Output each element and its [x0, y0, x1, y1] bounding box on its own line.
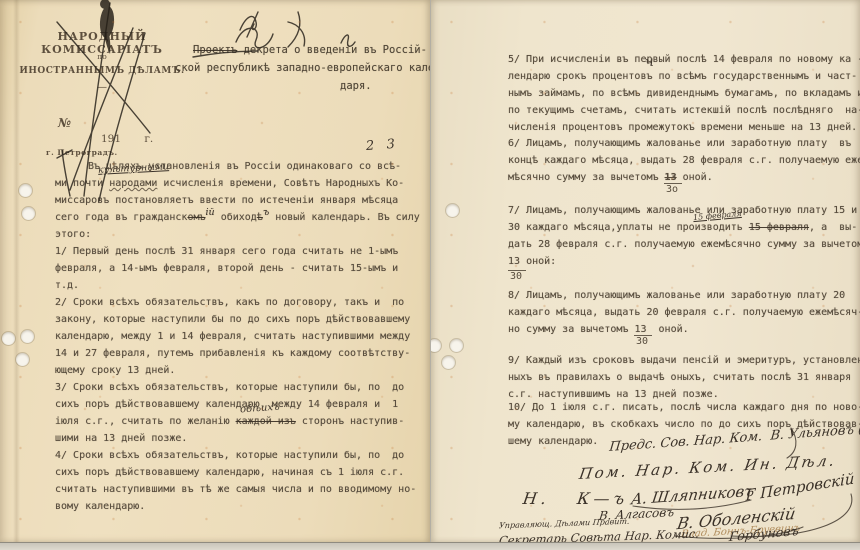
text-segment: оной.: [677, 172, 713, 183]
text-line: 14 и 27 февраля, путемъ прибавленія къ к…: [55, 345, 427, 362]
text-line: Въ цѣляхъ установленія въ Россіи одинако…: [55, 158, 427, 175]
punch-hole: [2, 332, 15, 345]
text-segment: оной.: [646, 324, 688, 335]
text-line: 8/ Лицамъ, получающимъ жалованье или зар…: [508, 287, 860, 304]
text-line: сихъ поръ дѣйствовавшему календарю, начи…: [55, 464, 427, 481]
text-line: ныхъ въ правилахъ о выдачѣ оныхъ, считат…: [508, 369, 860, 386]
text-line: 4/ Сроки всѣхъ обязательствъ, которые на…: [55, 447, 427, 464]
signature-nk: Н. К—ъ: [522, 489, 630, 508]
title-scribble: [288, 12, 300, 47]
text-line: сихъ поръ дѣйствовавшему календарю, межд…: [55, 396, 427, 413]
pen-scribble: [247, 12, 258, 37]
fraction-denominator: 3о: [664, 183, 682, 195]
signature-petrovsky: Г Петровскій: [746, 469, 855, 504]
text-line: 30 каждаго мѣсяца,уплаты не производить …: [508, 219, 860, 236]
text-line: ющему сроку 13 дней.: [55, 362, 427, 379]
item-9: 9/ Каждый изъ сроковъ выдачи пенсій и эм…: [508, 352, 860, 403]
text-line: вому календарю.: [55, 498, 427, 515]
signature-shlyapnikov: А. Шляпниковъ: [630, 482, 756, 509]
text-segment: сего года въ гражданск: [55, 212, 187, 223]
item-4: 4/ Сроки всѣхъ обязательствъ, которые на…: [55, 447, 427, 515]
text-line: 1/ Первый день послѣ 31 января сего года…: [55, 243, 427, 260]
ink-blot: [100, 0, 110, 9]
text-line: 3/ Сроки всѣхъ обязательствъ, которые на…: [55, 379, 427, 396]
punch-hole: [431, 339, 441, 352]
letterhead-number-label: №: [58, 116, 71, 130]
text-line: мѣсячно сумму за вычетомъ 13 оной.: [508, 169, 860, 186]
fraction-numerator: 13: [508, 256, 520, 267]
text-line: 7/ Лицамъ, получающимъ жалованье или зар…: [508, 202, 860, 219]
handwritten-superscript: ій: [206, 207, 215, 218]
punch-hole: [19, 184, 32, 197]
punch-hole: [446, 204, 459, 217]
text-line: 10/ До 1 іюля с.г. писать, послѣ числа к…: [508, 399, 860, 416]
struck-segment: омъ: [187, 212, 205, 223]
text-line: февраля, а 14-ымъ февраля, второй день -…: [55, 260, 427, 277]
text-line: 6/ Лицамъ, получающимъ жалованье или зар…: [508, 135, 860, 152]
text-line: считать наступившими въ тѣ же самыя числ…: [55, 481, 427, 498]
text-segment: мѣсячно сумму за вычетомъ: [508, 172, 665, 183]
item-1: 1/ Первый день послѣ 31 января сего года…: [55, 243, 427, 294]
text-line: 5/ При исчисленіи въ первый послѣ 14 фев…: [508, 51, 860, 68]
item-5: 5/ При исчисленіи въ первый послѣ 14 фев…: [508, 51, 860, 136]
text-line: каждаго мѣсяца, выдать 20 февраля с.г. п…: [508, 304, 860, 321]
letterhead-rule: —: [24, 82, 180, 93]
document-scan: НАРОДНЫЙ КОМИССАРІАТЪ по ИНОСТРАННЫМЪ ДѢ…: [0, 0, 860, 550]
item-7: 7/ Лицамъ, получающимъ жалованье или зар…: [508, 202, 860, 270]
pen-scribble: [240, 16, 256, 30]
text-segment: сторонъ наступив-: [296, 416, 404, 427]
text-segment: оной:: [520, 256, 556, 267]
underlined-word: народами: [109, 178, 157, 189]
letterhead-city: г. Петроградъ.: [46, 148, 118, 157]
signature-manager-label: Управляющ. Дѣлами Правит.: [499, 517, 630, 531]
punch-hole: [16, 353, 29, 366]
fraction-denominator: 30: [508, 270, 526, 282]
text-line: дать 28 февраля с.г. получаемую ежемѣсяч…: [508, 236, 860, 253]
item-2: 2/ Сроки всѣхъ обязательствъ, какъ по до…: [55, 294, 427, 379]
text-line: численія процентовъ промежутокъ времени …: [508, 119, 860, 136]
page-left: НАРОДНЫЙ КОМИССАРІАТЪ по ИНОСТРАННЫМЪ ДѢ…: [0, 0, 430, 543]
letterhead-org-line2: по: [24, 52, 180, 61]
item-6: 6/ Лицамъ, получающимъ жалованье или зар…: [508, 135, 860, 186]
title-line-1: Проектъ декрета о введеніи въ Россій-: [193, 44, 427, 56]
title-scribble: [288, 22, 305, 46]
punch-hole: [22, 207, 35, 220]
text-line: ми почти народами исчисленія времени, Со…: [55, 175, 427, 192]
text-line: этого:: [55, 226, 427, 243]
text-line: календарю, между 1 и 14 февраля, считать…: [55, 328, 427, 345]
text-segment: іюля с.г., считать по желанію: [55, 416, 236, 427]
handwritten-page-marks: 2 3: [366, 137, 396, 154]
title-line-3: даря.: [340, 80, 372, 92]
text-line: лендарю срокъ процентовъ по всѣмъ госуда…: [508, 68, 860, 85]
intro-paragraph: Въ цѣляхъ установленія въ Россіи одинако…: [55, 158, 427, 243]
text-line: шими на 13 дней позже.: [55, 430, 427, 447]
title-line-2: ской республикѣ западно-европейскаго кал…: [175, 62, 430, 74]
item-8: 8/ Лицамъ, получающимъ жалованье или зар…: [508, 287, 860, 338]
text-segment: но сумму за вычетомъ: [508, 324, 634, 335]
item-3: 3/ Сроки всѣхъ обязательствъ, которые на…: [55, 379, 427, 447]
text-segment: ми почти: [55, 178, 109, 189]
text-line: сего года въ гражданскомъій обиходѣъ нов…: [55, 209, 427, 226]
struck-segment: ѣ: [257, 212, 263, 223]
text-line: закону, которые наступили бы по до сихъ …: [55, 311, 427, 328]
text-line: 2/ Сроки всѣхъ обязательствъ, какъ по до…: [55, 294, 427, 311]
fraction-denominator: 30: [634, 335, 652, 347]
text-line: т.д.: [55, 277, 427, 294]
text-line: іюля с.г., считать по желанію каждой изъ…: [55, 413, 427, 430]
text-line: 9/ Каждый изъ сроковъ выдачи пенсій и эм…: [508, 352, 860, 369]
punch-hole: [21, 330, 34, 343]
letterhead-org-line3: ИНОСТРАННЫМЪ ДѢЛАМЪ.: [18, 66, 186, 76]
text-segment: 30 каждаго мѣсяца,уплаты не производить: [508, 222, 749, 233]
struck-segment: каждой изъ: [236, 416, 296, 427]
text-line: по текущимъ счетамъ, считать истекшій по…: [508, 102, 860, 119]
text-segment: новый календарь. Въ силу: [269, 212, 420, 223]
text-line: миссаровъ постановляетъ ввести по истече…: [55, 192, 427, 209]
text-segment: исчисленія времени, Совѣтъ Народныхъ Ко-: [157, 178, 404, 189]
fraction-numerator: 13: [634, 324, 646, 335]
fraction-numerator: 13: [665, 172, 677, 183]
page-right: ч 5/ При исчисленіи въ первый послѣ 14 ф…: [431, 0, 860, 543]
punch-hole: [442, 356, 455, 369]
scan-edge-strip: [0, 542, 860, 550]
handwritten-superscript: ъ: [263, 207, 269, 218]
struck-segment: 15 февраля: [749, 222, 809, 233]
title-line-1-rest: декрета о введеніи въ Россій-: [237, 44, 427, 56]
text-segment: , а вы-: [809, 222, 857, 233]
text-line: нымъ займамъ, по всѣмъ дивиденднымъ бума…: [508, 85, 860, 102]
text-line: но сумму за вычетомъ 13 оной.: [508, 321, 860, 338]
text-line: концѣ каждаго мѣсяца, выдать 28 февраля …: [508, 152, 860, 169]
punch-hole: [450, 339, 463, 352]
text-segment: обиход: [215, 212, 257, 223]
text-line: 13 оной:: [508, 253, 860, 270]
letterhead-year-line: 191 г.: [101, 133, 153, 145]
title-struck-word: Проектъ: [193, 44, 237, 56]
